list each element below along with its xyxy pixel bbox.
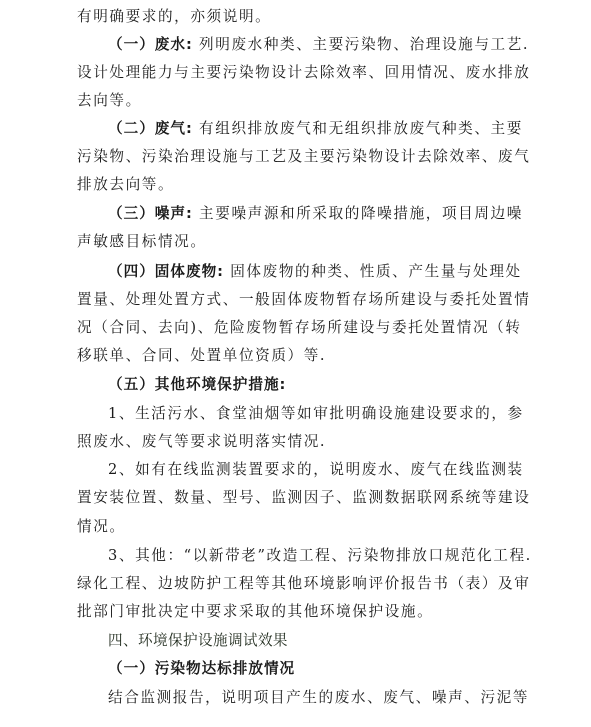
text-span: 有组织排放废气和无组织排放废气种类、主要 <box>193 120 523 137</box>
paragraph-wastewater: （一）废水: 列明废水种类、主要污染物、治理设施与工艺. <box>108 34 529 56</box>
text-line: 置量、处理处置方式、一般固体废物暂存场所建设与委托处置情 <box>77 289 530 311</box>
text-span: 列明废水种类、主要污染物、治理设施与工艺. <box>193 36 529 53</box>
text-line: 有明确要求的，亦须说明。 <box>77 6 271 28</box>
text-line: 批部门审批决定中要求采取的其他环境保护设施。 <box>77 601 433 623</box>
section-heading: 四、环境保护设施调试效果 <box>108 630 288 652</box>
text-line: 1、生活污水、食堂油烟等如审批明确设施建设要求的，参 <box>108 403 524 425</box>
label-solid-waste: （四）固体废物: <box>108 263 224 280</box>
text-line: 2、如有在线监测装置要求的，说明废水、废气在线监测装 <box>108 459 524 481</box>
text-line: 照废水、废气等要求说明落实情况. <box>77 431 326 453</box>
text-line: 情况。 <box>77 516 126 538</box>
text-line: 去向等。 <box>77 90 142 112</box>
paragraph-noise: （三）噪声: 主要噪声源和所采取的降噪措施，项目周边噪 <box>108 203 523 225</box>
label-exhaust-gas: （二）废气: <box>108 120 193 137</box>
text-line: 况（合同、去向)、危险废物暂存场所建设与委托处置情况（转 <box>77 317 522 339</box>
text-line: 绿化工程、边坡防护工程等其他环境影响评价报告书（表）及审 <box>77 573 530 595</box>
text-line: 置安装位置、数量、型号、监测因子、监测数据联网系统等建设 <box>77 487 530 509</box>
text-line: 污染物、污染治理设施与工艺及主要污染物设计去除效率、废气 <box>77 146 530 168</box>
text-span: 固体废物的种类、性质、产生量与处理处 <box>224 263 522 280</box>
paragraph-exhaust-gas: （二）废气: 有组织排放废气和无组织排放废气种类、主要 <box>108 118 523 140</box>
text-line: 排放去向等。 <box>77 174 174 196</box>
label-wastewater: （一）废水: <box>108 36 193 53</box>
heading-other-measures: （五）其他环境保护措施: <box>108 374 286 396</box>
text-line: 3、其他：“以新带老”改造工程、污染物排放口规范化工程. <box>108 545 532 567</box>
text-line: 结合监测报告，说明项目产生的废水、废气、噪声、污泥等 <box>108 687 529 709</box>
text-line: 声敏感目标情况。 <box>77 231 207 253</box>
text-span: 主要噪声源和所采取的降噪措施，项目周边噪 <box>193 205 523 222</box>
paragraph-solid-waste: （四）固体废物: 固体废物的种类、性质、产生量与处理处 <box>108 261 522 283</box>
text-line: 设计处理能力与主要污染物设计去除效率、回用情况、废水排放 <box>77 62 530 84</box>
subsection-heading: （一）污染物达标排放情况 <box>108 658 295 680</box>
label-noise: （三）噪声: <box>108 205 193 222</box>
text-line: 移联单、合同、处置单位资质）等. <box>77 345 326 367</box>
